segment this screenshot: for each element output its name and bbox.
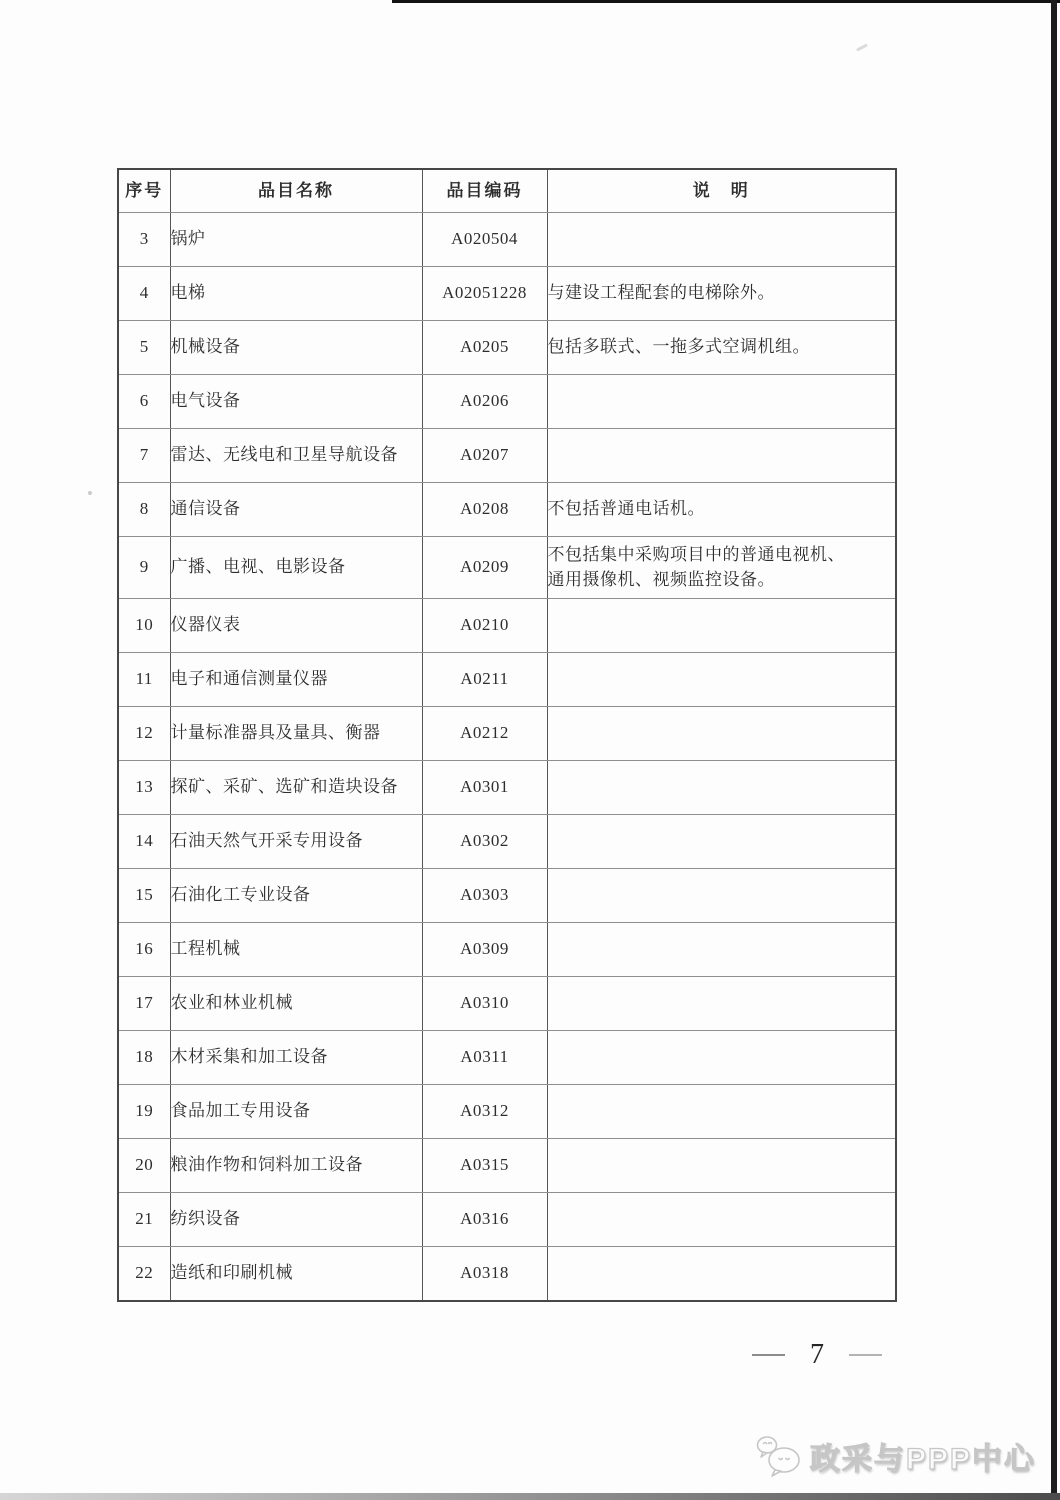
scan-right-edge-artifact [1051, 0, 1057, 1500]
row-no-cell: 17 [118, 977, 170, 1031]
row-code-cell: A0311 [422, 1031, 547, 1085]
row-code-cell: A0212 [422, 707, 547, 761]
table-row: 21纺织设备A0316 [118, 1193, 896, 1247]
header-cell-code: 品目编码 [422, 169, 547, 213]
page-number: 7 [752, 1338, 882, 1372]
row-code-cell: A0205 [422, 321, 547, 375]
table-row: 15石油化工专业设备A0303 [118, 869, 896, 923]
row-note-cell [547, 977, 896, 1031]
row-note-cell [547, 599, 896, 653]
row-no-cell: 8 [118, 483, 170, 537]
scanned-document-page: { "table": { "headers": { "no": "序号", "n… [0, 0, 1060, 1500]
row-no-cell: 4 [118, 267, 170, 321]
row-note-cell: 与建设工程配套的电梯除外。 [547, 267, 896, 321]
row-name-cell: 农业和林业机械 [170, 977, 422, 1031]
wechat-chat-bubbles-icon [754, 1434, 804, 1478]
row-note-cell: 包括多联式、一拖多式空调机组。 [547, 321, 896, 375]
row-code-cell: A0316 [422, 1193, 547, 1247]
row-no-cell: 5 [118, 321, 170, 375]
table-row: 6电气设备A0206 [118, 375, 896, 429]
row-no-cell: 15 [118, 869, 170, 923]
watermark: 政采与PPP中心 [754, 1434, 1036, 1478]
row-code-cell: A0208 [422, 483, 547, 537]
row-note-cell [547, 1247, 896, 1301]
row-code-cell: A0309 [422, 923, 547, 977]
row-note-cell [547, 1031, 896, 1085]
row-name-cell: 通信设备 [170, 483, 422, 537]
row-name-cell: 电梯 [170, 267, 422, 321]
row-name-cell: 机械设备 [170, 321, 422, 375]
table-row: 12计量标准器具及量具、衡器A0212 [118, 707, 896, 761]
row-no-cell: 20 [118, 1139, 170, 1193]
row-no-cell: 12 [118, 707, 170, 761]
row-code-cell: A0301 [422, 761, 547, 815]
row-no-cell: 21 [118, 1193, 170, 1247]
row-note-cell [547, 429, 896, 483]
row-note-cell: 不包括集中采购项目中的普通电视机、 通用摄像机、视频监控设备。 [547, 537, 896, 599]
scan-top-edge-artifact [392, 0, 1060, 3]
row-code-cell: A02051228 [422, 267, 547, 321]
row-no-cell: 14 [118, 815, 170, 869]
row-name-cell: 石油天然气开采专用设备 [170, 815, 422, 869]
row-no-cell: 22 [118, 1247, 170, 1301]
row-no-cell: 16 [118, 923, 170, 977]
row-code-cell: A0303 [422, 869, 547, 923]
row-note-cell [547, 1139, 896, 1193]
row-no-cell: 7 [118, 429, 170, 483]
row-name-cell: 锅炉 [170, 213, 422, 267]
table-row: 7雷达、无线电和卫星导航设备A0207 [118, 429, 896, 483]
row-name-cell: 工程机械 [170, 923, 422, 977]
header-cell-name: 品目名称 [170, 169, 422, 213]
row-code-cell: A0318 [422, 1247, 547, 1301]
scan-bottom-edge-artifact [0, 1493, 1060, 1500]
table-row: 18木材采集和加工设备A0311 [118, 1031, 896, 1085]
row-name-cell: 纺织设备 [170, 1193, 422, 1247]
row-note-cell [547, 707, 896, 761]
row-name-cell: 造纸和印刷机械 [170, 1247, 422, 1301]
page-number-value: 7 [810, 1341, 824, 1369]
header-cell-note: 说 明 [547, 169, 896, 213]
table-body: 3锅炉A0205044电梯A02051228与建设工程配套的电梯除外。5机械设备… [118, 213, 896, 1301]
row-name-cell: 石油化工专业设备 [170, 869, 422, 923]
row-note-cell [547, 1193, 896, 1247]
row-no-cell: 19 [118, 1085, 170, 1139]
row-note-cell: 不包括普通电话机。 [547, 483, 896, 537]
table-row: 8通信设备A0208不包括普通电话机。 [118, 483, 896, 537]
row-name-cell: 广播、电视、电影设备 [170, 537, 422, 599]
row-name-cell: 木材采集和加工设备 [170, 1031, 422, 1085]
row-no-cell: 18 [118, 1031, 170, 1085]
row-name-cell: 探矿、采矿、选矿和造块设备 [170, 761, 422, 815]
row-code-cell: A0207 [422, 429, 547, 483]
row-code-cell: A0315 [422, 1139, 547, 1193]
scan-speck [856, 43, 868, 51]
table-row: 14石油天然气开采专用设备A0302 [118, 815, 896, 869]
table-row: 4电梯A02051228与建设工程配套的电梯除外。 [118, 267, 896, 321]
row-code-cell: A0310 [422, 977, 547, 1031]
watermark-label: 政采与PPP中心 [810, 1434, 1036, 1478]
row-note-cell [547, 375, 896, 429]
row-code-cell: A0302 [422, 815, 547, 869]
row-code-cell: A0312 [422, 1085, 547, 1139]
page-number-dash [849, 1354, 882, 1356]
table-row: 19食品加工专用设备A0312 [118, 1085, 896, 1139]
row-no-cell: 9 [118, 537, 170, 599]
page-number-dash [752, 1354, 785, 1356]
row-no-cell: 13 [118, 761, 170, 815]
header-cell-no: 序号 [118, 169, 170, 213]
table-row: 22造纸和印刷机械A0318 [118, 1247, 896, 1301]
row-code-cell: A020504 [422, 213, 547, 267]
row-name-cell: 食品加工专用设备 [170, 1085, 422, 1139]
row-code-cell: A0206 [422, 375, 547, 429]
table-row: 5机械设备A0205包括多联式、一拖多式空调机组。 [118, 321, 896, 375]
table-row: 10仪器仪表A0210 [118, 599, 896, 653]
table-row: 17农业和林业机械A0310 [118, 977, 896, 1031]
table-row: 16工程机械A0309 [118, 923, 896, 977]
table-row: 3锅炉A020504 [118, 213, 896, 267]
row-name-cell: 计量标准器具及量具、衡器 [170, 707, 422, 761]
row-note-cell [547, 761, 896, 815]
table-header-row: 序号 品目名称 品目编码 说 明 [118, 169, 896, 213]
row-name-cell: 电气设备 [170, 375, 422, 429]
table-row: 20粮油作物和饲料加工设备A0315 [118, 1139, 896, 1193]
row-code-cell: A0211 [422, 653, 547, 707]
row-name-cell: 粮油作物和饲料加工设备 [170, 1139, 422, 1193]
row-no-cell: 11 [118, 653, 170, 707]
table-row: 11电子和通信测量仪器A0211 [118, 653, 896, 707]
row-name-cell: 电子和通信测量仪器 [170, 653, 422, 707]
row-note-cell [547, 869, 896, 923]
row-no-cell: 10 [118, 599, 170, 653]
row-code-cell: A0209 [422, 537, 547, 599]
row-name-cell: 仪器仪表 [170, 599, 422, 653]
table-header: 序号 品目名称 品目编码 说 明 [118, 169, 896, 213]
row-no-cell: 3 [118, 213, 170, 267]
row-note-cell [547, 653, 896, 707]
row-code-cell: A0210 [422, 599, 547, 653]
table-row: 9广播、电视、电影设备A0209不包括集中采购项目中的普通电视机、 通用摄像机、… [118, 537, 896, 599]
row-no-cell: 6 [118, 375, 170, 429]
table-row: 13探矿、采矿、选矿和造块设备A0301 [118, 761, 896, 815]
scan-speck [88, 491, 92, 495]
procurement-catalog-table: 序号 品目名称 品目编码 说 明 3锅炉A0205044电梯A02051228与… [117, 168, 897, 1302]
row-note-cell [547, 213, 896, 267]
row-name-cell: 雷达、无线电和卫星导航设备 [170, 429, 422, 483]
row-note-cell [547, 923, 896, 977]
row-note-cell [547, 815, 896, 869]
row-note-cell [547, 1085, 896, 1139]
